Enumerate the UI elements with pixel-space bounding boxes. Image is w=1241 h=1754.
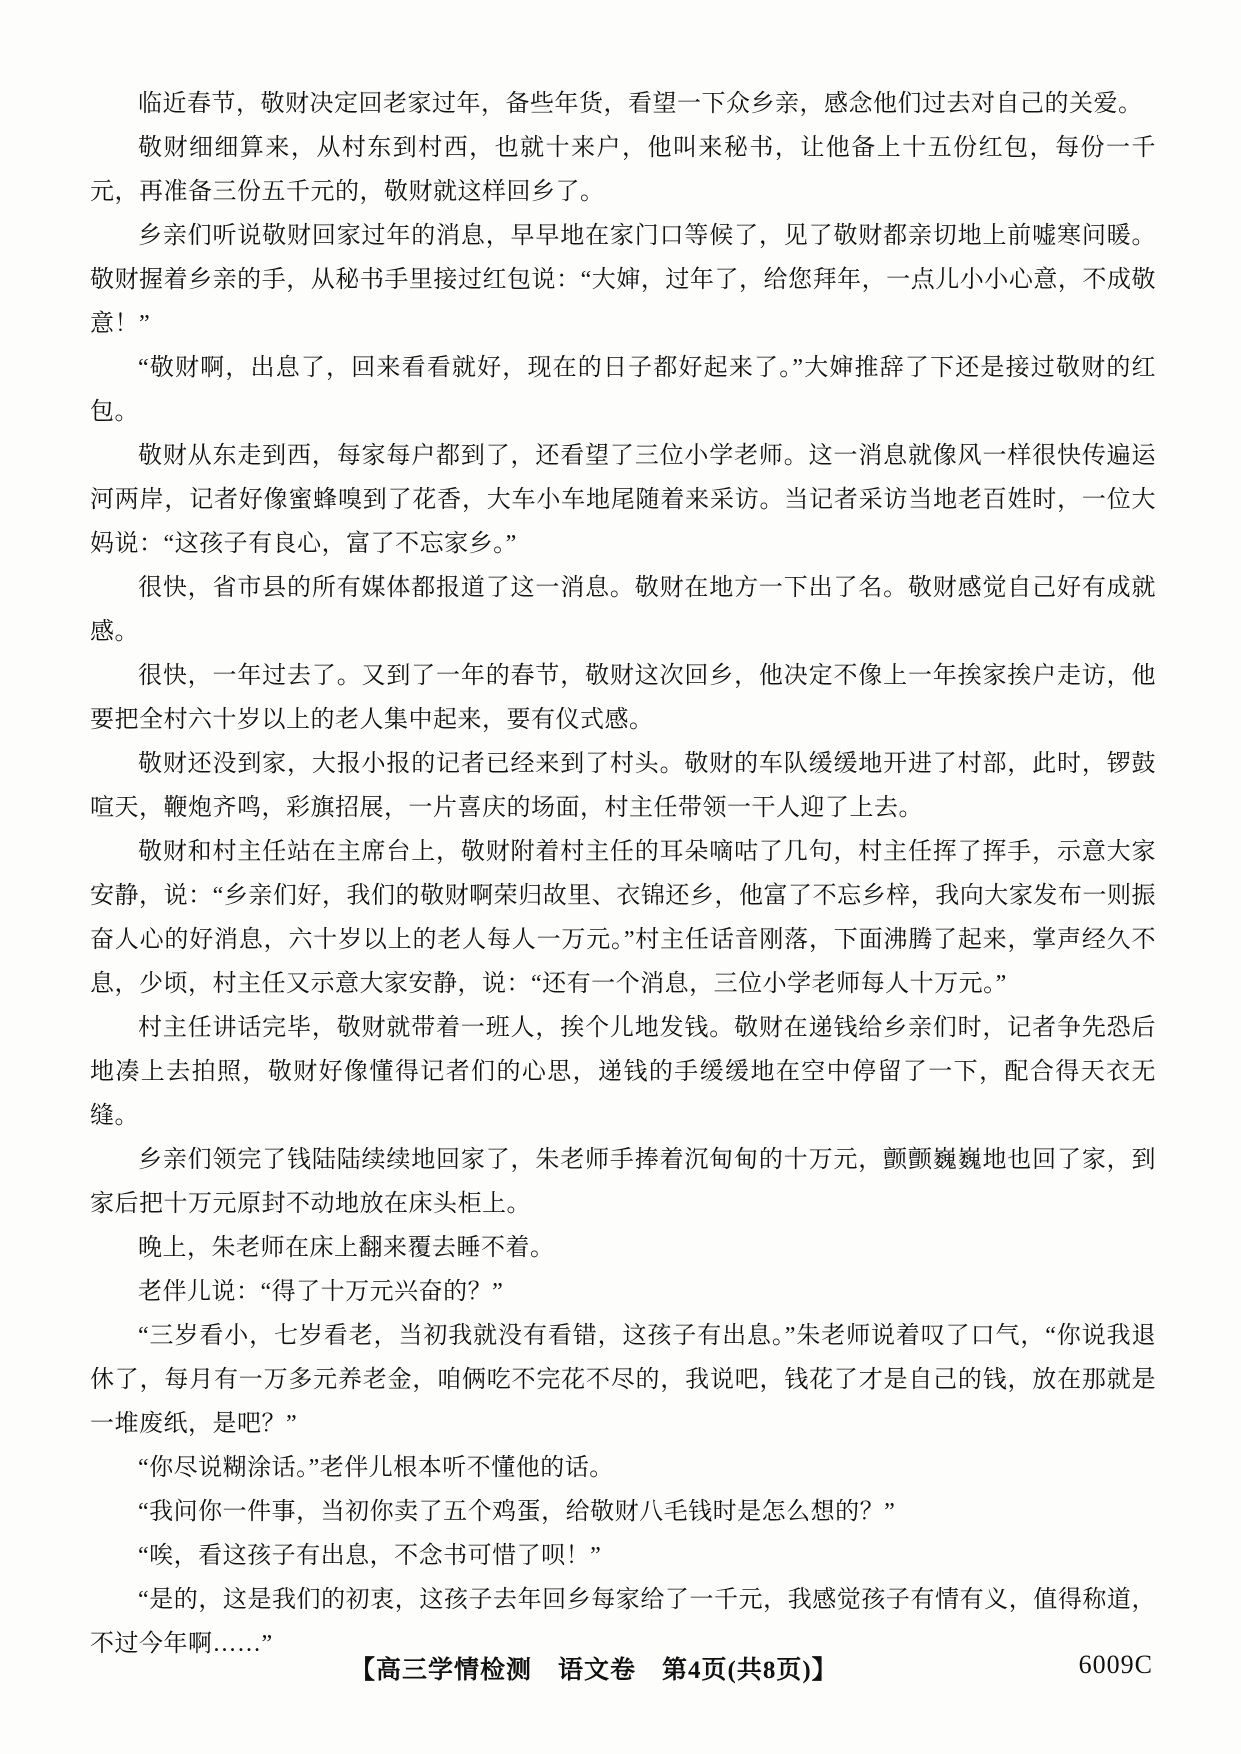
- passage-paragraph: 很快，一年过去了。又到了一年的春节，敬财这次回乡，他决定不像上一年挨家挨户走访，…: [90, 654, 1156, 742]
- passage-paragraph: “我问你一件事，当初你卖了五个鸡蛋，给敬财八毛钱时是怎么想的？”: [90, 1490, 1156, 1534]
- passage-paragraph: “敬财啊，出息了，回来看看就好，现在的日子都好起来了。”大婶推辞了下还是接过敬财…: [90, 346, 1156, 434]
- passage-paragraph: 敬财从东走到西，每家每户都到了，还看望了三位小学老师。这一消息就像风一样很快传遍…: [90, 434, 1156, 566]
- reading-passage: 临近春节，敬财决定回老家过年，备些年货，看望一下众乡亲，感念他们过去对自己的关爱…: [90, 82, 1156, 1666]
- passage-paragraph: 敬财和村主任站在主席台上，敬财附着村主任的耳朵嘀咕了几句，村主任挥了挥手，示意大…: [90, 830, 1156, 1006]
- page-footer: 【高三学情检测 语文卷 第4页(共8页)】 6009C: [0, 1650, 1241, 1690]
- passage-paragraph: 老伴儿说：“得了十万元兴奋的？”: [90, 1270, 1156, 1314]
- passage-paragraph: 临近春节，敬财决定回老家过年，备些年货，看望一下众乡亲，感念他们过去对自己的关爱…: [90, 82, 1156, 126]
- passage-paragraph: 敬财细细算来，从村东到村西，也就十来户，他叫来秘书，让他备上十五份红包，每份一千…: [90, 126, 1156, 214]
- passage-paragraph: 乡亲们听说敬财回家过年的消息，早早地在家门口等候了，见了敬财都亲切地上前嘘寒问暖…: [90, 214, 1156, 346]
- footer-paper-code: 6009C: [1079, 1650, 1153, 1680]
- passage-paragraph: 晚上，朱老师在床上翻来覆去睡不着。: [90, 1226, 1156, 1270]
- passage-paragraph: “唉，看这孩子有出息，不念书可惜了呗！”: [90, 1534, 1156, 1578]
- footer-exam-title: 【高三学情检测 语文卷 第4页(共8页)】: [350, 1650, 838, 1686]
- passage-paragraph: 乡亲们领完了钱陆陆续续地回家了，朱老师手捧着沉甸甸的十万元，颤颤巍巍地也回了家，…: [90, 1138, 1156, 1226]
- exam-paper-page: 临近春节，敬财决定回老家过年，备些年货，看望一下众乡亲，感念他们过去对自己的关爱…: [0, 0, 1241, 1754]
- passage-paragraph: “三岁看小，七岁看老，当初我就没有看错，这孩子有出息。”朱老师说着叹了口气，“你…: [90, 1314, 1156, 1446]
- passage-paragraph: 很快，省市县的所有媒体都报道了这一消息。敬财在地方一下出了名。敬财感觉自己好有成…: [90, 566, 1156, 654]
- passage-paragraph: “你尽说糊涂话。”老伴儿根本听不懂他的话。: [90, 1446, 1156, 1490]
- passage-paragraph: 敬财还没到家，大报小报的记者已经来到了村头。敬财的车队缓缓地开进了村部，此时，锣…: [90, 742, 1156, 830]
- passage-paragraph: 村主任讲话完毕，敬财就带着一班人，挨个儿地发钱。敬财在递钱给乡亲们时，记者争先恐…: [90, 1006, 1156, 1138]
